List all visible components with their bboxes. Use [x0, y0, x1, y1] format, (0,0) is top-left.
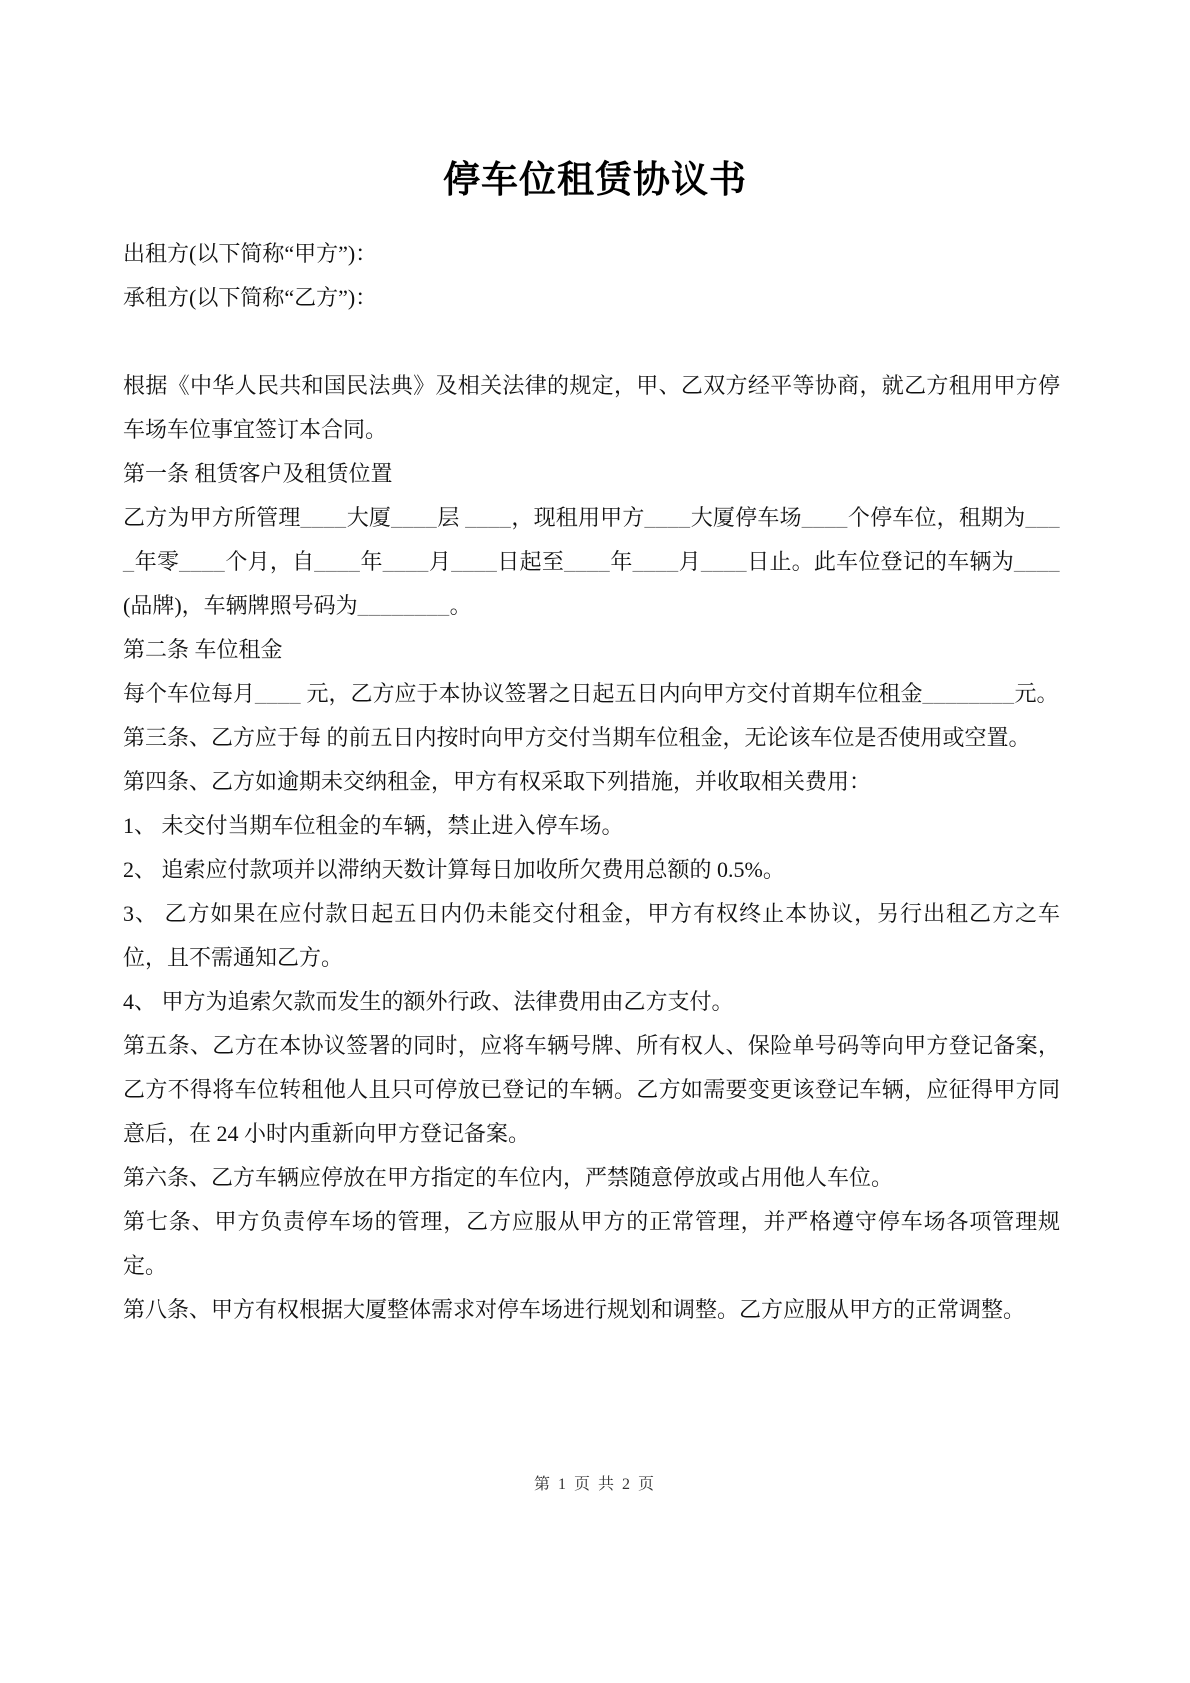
- fill-in-blank: ____: [314, 549, 360, 574]
- fill-in-blank: ____: [564, 549, 610, 574]
- fill-in-blank: ____: [301, 505, 347, 530]
- paragraph: 每个车位每月____ 元，乙方应于本协议签署之日起五日内向甲方交付首期车位租金_…: [123, 672, 1060, 716]
- page-number-footer: 第 1 页 共 2 页: [0, 1473, 1190, 1497]
- paragraph: 第七条、甲方负责停车场的管理，乙方应服从甲方的正常管理，并严格遵守停车场各项管理…: [123, 1200, 1060, 1288]
- fill-in-blank: ________: [923, 681, 1015, 706]
- paragraph: 第五条、乙方在本协议签署的同时，应将车辆号牌、所有权人、保险单号码等向甲方登记备…: [123, 1024, 1060, 1156]
- paragraph: 出租方(以下简称“甲方”)：: [123, 232, 1060, 276]
- paragraph: 第二条 车位租金: [123, 628, 1060, 672]
- fill-in-blank: ____: [645, 505, 691, 530]
- paragraph: 2、 追索应付款项并以滞纳天数计算每日加收所欠费用总额的 0.5%。: [123, 848, 1060, 892]
- fill-in-blank: ____: [179, 549, 225, 574]
- document-body: 出租方(以下简称“甲方”)：承租方(以下简称“乙方”)：根据《中华人民共和国民法…: [123, 232, 1060, 1332]
- paragraph: 4、 甲方为追索欠款而发生的额外行政、法律费用由乙方支付。: [123, 980, 1060, 1024]
- paragraph: 第四条、乙方如逾期未交纳租金，甲方有权采取下列措施，并收取相关费用：: [123, 760, 1060, 804]
- fill-in-blank: ____: [383, 549, 429, 574]
- contract-page: 停车位租赁协议书 出租方(以下简称“甲方”)：承租方(以下简称“乙方”)：根据《…: [0, 0, 1190, 1683]
- paragraph: 第八条、甲方有权根据大厦整体需求对停车场进行规划和调整。乙方应服从甲方的正常调整…: [123, 1288, 1060, 1332]
- paragraph: 乙方为甲方所管理____大厦____层 ____，现租用甲方____大厦停车场_…: [123, 496, 1060, 628]
- fill-in-blank: ____: [451, 549, 497, 574]
- fill-in-blank: ____: [701, 549, 747, 574]
- fill-in-blank: ____: [633, 549, 679, 574]
- paragraph: 承租方(以下简称“乙方”)：: [123, 276, 1060, 320]
- fill-in-blank: ____: [391, 505, 437, 530]
- fill-in-blank: ____: [1014, 549, 1060, 574]
- fill-in-blank: ____: [255, 681, 301, 706]
- paragraph: 第六条、乙方车辆应停放在甲方指定的车位内，严禁随意停放或占用他人车位。: [123, 1156, 1060, 1200]
- blank-line: [123, 320, 1060, 364]
- paragraph: 根据《中华人民共和国民法典》及相关法律的规定，甲、乙双方经平等协商，就乙方租用甲…: [123, 364, 1060, 452]
- fill-in-blank: ________: [358, 593, 450, 618]
- paragraph: 3、 乙方如果在应付款日起五日内仍未能交付租金，甲方有权终止本协议，另行出租乙方…: [123, 892, 1060, 980]
- document-title: 停车位租赁协议书: [0, 25, 1190, 207]
- fill-in-blank: ____: [802, 505, 848, 530]
- paragraph: 1、 未交付当期车位租金的车辆，禁止进入停车场。: [123, 804, 1060, 848]
- paragraph: 第一条 租赁客户及租赁位置: [123, 452, 1060, 496]
- paragraph: 第三条、乙方应于每 的前五日内按时向甲方交付当期车位租金，无论该车位是否使用或空…: [123, 716, 1060, 760]
- fill-in-blank: ____: [465, 505, 511, 530]
